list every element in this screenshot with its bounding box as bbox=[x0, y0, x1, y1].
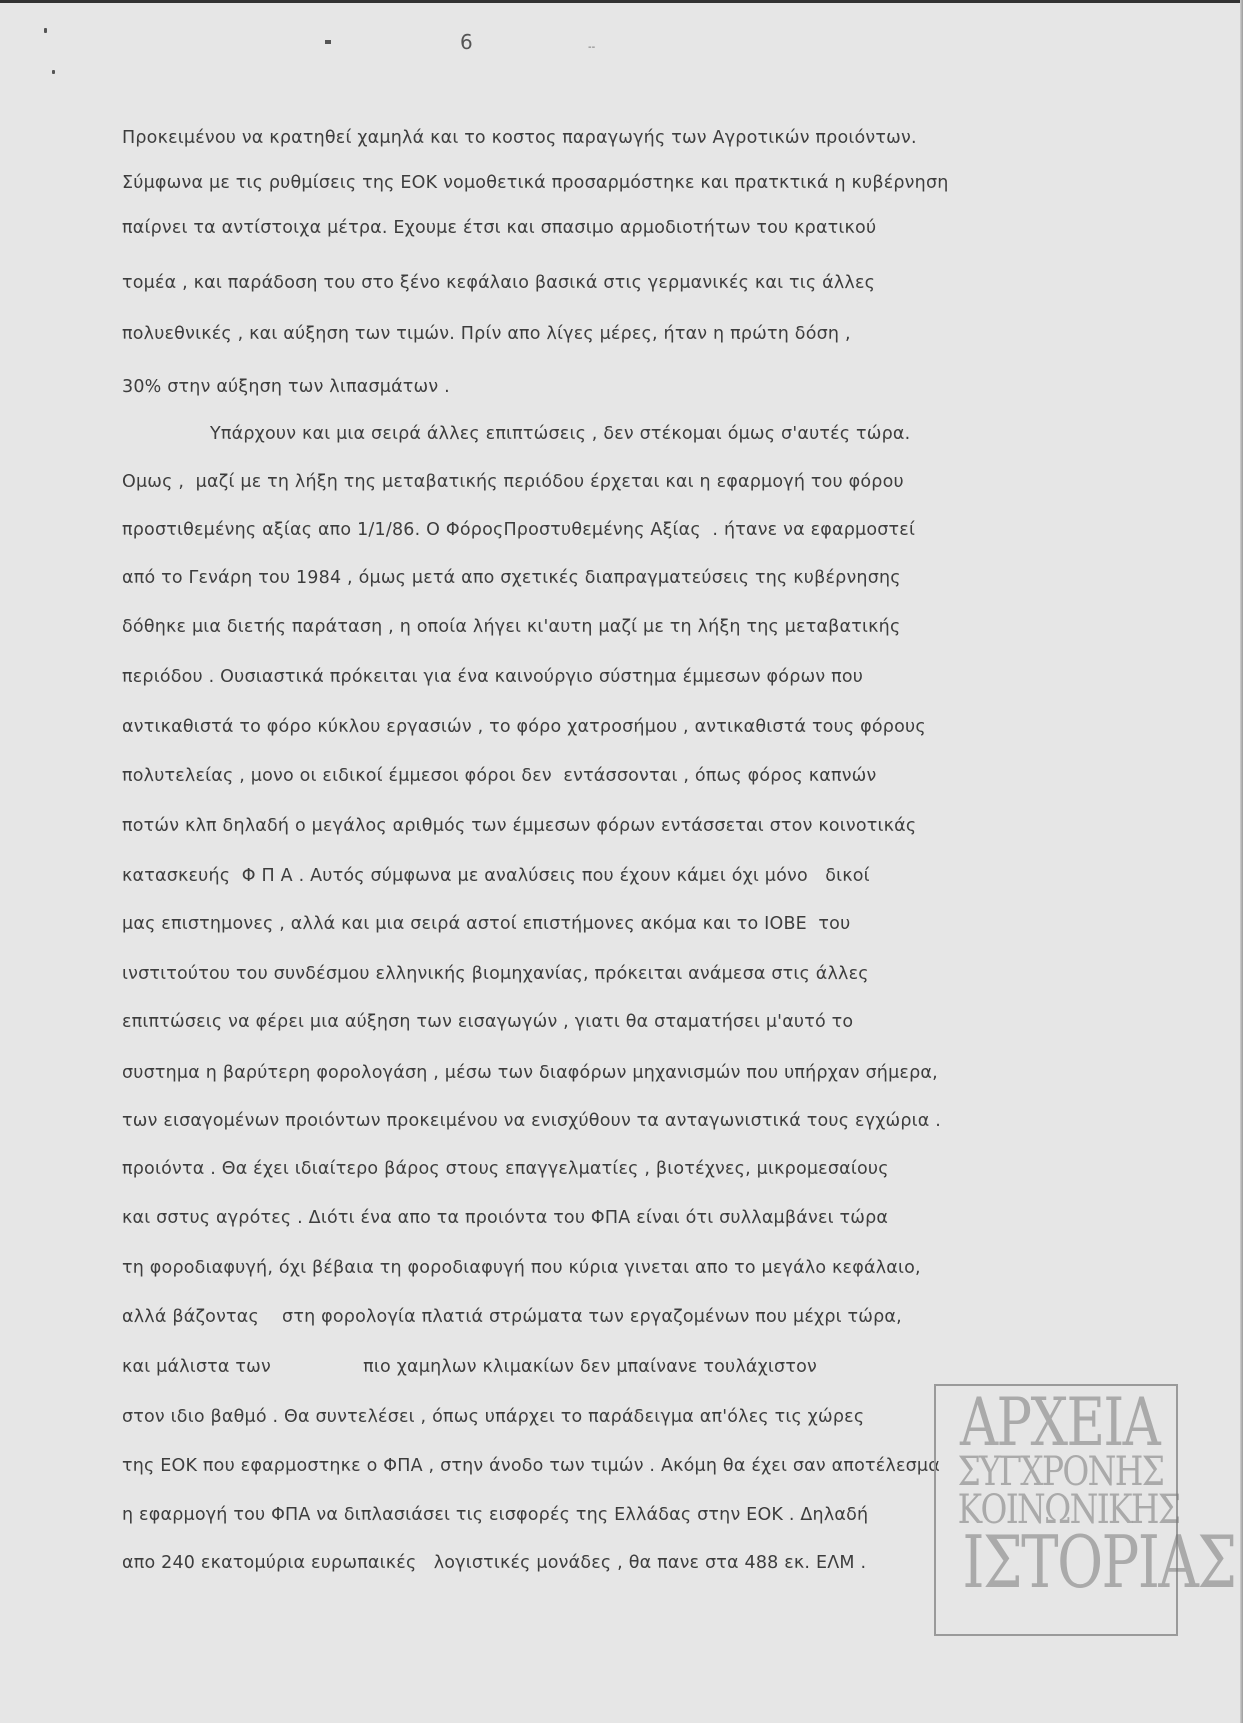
body-line: και μάλιστα των πιο χαμηλων κλιμακίων δε… bbox=[122, 1357, 817, 1377]
body-line: στον ιδιο βαθμό . Θα συντελέσει , όπως υ… bbox=[122, 1407, 864, 1427]
body-line: Ομως , μαζί με τη λήξη της μεταβατικής π… bbox=[122, 472, 904, 492]
body-line: απο 240 εκατομύρια ευρωπαικές λογιστικές… bbox=[122, 1553, 866, 1573]
page-number: 6 bbox=[460, 30, 473, 54]
archive-watermark-stamp: ΑΡΧΕΙΑ ΣΥΓΧΡΟΝΗΣ ΚΟΙΝΩΝΙΚΗΣ ΙΣΤΟΡΙΑΣ bbox=[934, 1384, 1178, 1636]
body-line: Υπάρχουν και μια σειρά άλλες επιπτώσεις … bbox=[210, 424, 910, 444]
body-line: πολυεθνικές , και αύξηση των τιμών. Πρίν… bbox=[122, 324, 851, 344]
body-line: περιόδου . Ουσιαστικά πρόκειται για ένα … bbox=[122, 667, 863, 687]
scan-speck bbox=[52, 70, 55, 74]
body-line: ποτών κλπ δηλαδή ο μεγάλος αριθμός των έ… bbox=[122, 816, 916, 836]
body-line: των εισαγομένων προιόντων προκειμένου να… bbox=[122, 1111, 941, 1131]
body-line: 30% στην αύξηση των λιπασμάτων . bbox=[122, 377, 450, 397]
header-dash-right: -- bbox=[588, 42, 595, 53]
body-line: προιόντα . Θα έχει ιδιαίτερο βάρος στους… bbox=[122, 1159, 889, 1179]
body-line: τη φοροδιαφυγή, όχι βέβαια τη φοροδιαφυγ… bbox=[122, 1258, 921, 1278]
body-line: συστημα η βαρύτερη φορολογάση , μέσω των… bbox=[122, 1063, 938, 1083]
body-line: ινστιτούτου του συνδέσμου ελληνικής βιομ… bbox=[122, 964, 869, 984]
page-header: 6 -- bbox=[0, 28, 1243, 58]
watermark-line: ΑΡΧΕΙΑ bbox=[960, 1390, 1152, 1456]
body-line: επιπτώσεις να φέρει μια αύξηση των εισαγ… bbox=[122, 1012, 853, 1032]
body-line: και σστυς αγρότες . Διότι ένα απο τα προ… bbox=[122, 1208, 888, 1228]
body-line: κατασκευής Φ Π Α . Αυτός σύμφωνα με αναλ… bbox=[122, 866, 870, 886]
body-line: προστιθεμένης αξίας απο 1/1/86. Ο ΦόροςΠ… bbox=[122, 520, 915, 540]
body-line: δόθηκε μια διετής παράταση , η οποία λήγ… bbox=[122, 617, 900, 637]
watermark-line: ΙΣΤΟΡΙΑΣ bbox=[962, 1526, 1149, 1598]
body-line: αλλά βάζοντας στη φορολογία πλατιά στρώμ… bbox=[122, 1307, 902, 1327]
body-line: από το Γενάρη του 1984 , όμως μετά απο σ… bbox=[122, 568, 901, 588]
body-line: τομέα , και παράδοση του στο ξένο κεφάλα… bbox=[122, 273, 875, 293]
body-line: η εφαρμογή του ΦΠΑ να διπλασιάσει τις ει… bbox=[122, 1505, 868, 1525]
body-line: της ΕΟΚ που εφαρμοστηκε ο ΦΠΑ , στην άνο… bbox=[122, 1456, 940, 1476]
body-line: Προκειμένου να κρατηθεί χαμηλά και το κο… bbox=[122, 128, 917, 148]
body-line: μας επιστημονες , αλλά και μια σειρά αστ… bbox=[122, 914, 850, 934]
watermark-line: ΣΥΓΧΡΟΝΗΣ bbox=[958, 1452, 1155, 1492]
header-dash-left bbox=[325, 40, 331, 44]
body-line: αντικαθιστά το φόρο κύκλου εργασιών , το… bbox=[122, 717, 926, 737]
scan-top-edge bbox=[0, 0, 1243, 3]
body-line: Σύμφωνα με τις ρυθμίσεις της ΕΟΚ νομοθετ… bbox=[122, 173, 949, 193]
body-line: πολυτελείας , μονο οι ειδικοί έμμεσοι φό… bbox=[122, 766, 877, 786]
body-line: παίρνει τα αντίστοιχα μέτρα. Εχουμε έτσι… bbox=[122, 218, 876, 238]
